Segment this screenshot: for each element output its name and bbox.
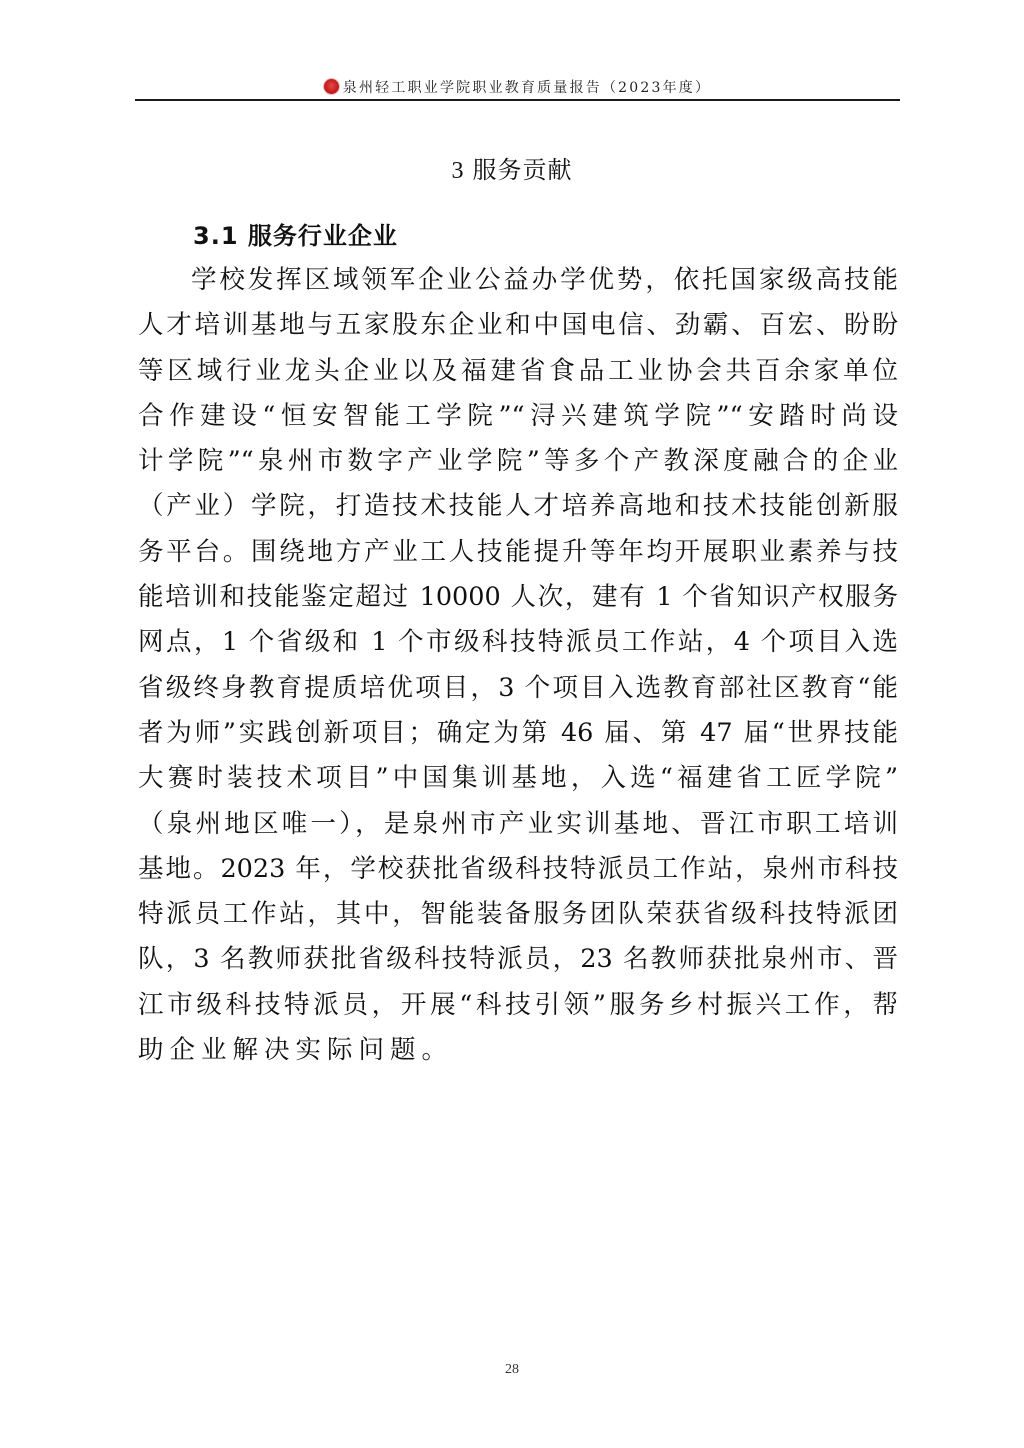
paragraph-line: 队，3 名教师获批省级科技特派员，23 名教师获批泉州市、晋 (138, 937, 898, 982)
paragraph-line: 网点，1 个省级和 1 个市级科技特派员工作站，4 个项目入选 (138, 620, 898, 665)
page-header: 泉州轻工职业学院职业教育质量报告（2023年度） (135, 74, 900, 100)
line-text: 江市级科技特派员，开展“科技引领”服务乡村振兴工作，帮 (138, 983, 898, 1028)
line-text: 学校发挥区域领军企业公益办学优势，依托国家级高技能 (191, 258, 898, 303)
line-text: （产业）学院，打造技术技能人才培养高地和技术技能创新服 (138, 484, 898, 529)
line-text: 能培训和技能鉴定超过 10000 人次，建有 1 个省知识产权服务 (138, 575, 898, 620)
line-text: 合作建设“恒安智能工学院”“浔兴建筑学院”“安踏时尚设 (138, 394, 898, 439)
paragraph-line: 江市级科技特派员，开展“科技引领”服务乡村振兴工作，帮 (138, 983, 898, 1028)
paragraph-line: 基地。2023 年，学校获批省级科技特派员工作站，泉州市科技 (138, 847, 898, 892)
paragraph-line: 合作建设“恒安智能工学院”“浔兴建筑学院”“安踏时尚设 (138, 394, 898, 439)
paragraph-line: 务平台。围绕地方产业工人技能提升等年均开展职业素养与技 (138, 530, 898, 575)
line-text: 特派员工作站，其中，智能装备服务团队荣获省级科技特派团 (138, 892, 898, 937)
paragraph-line: 学校发挥区域领军企业公益办学优势，依托国家级高技能 (138, 258, 898, 303)
body-paragraph: 学校发挥区域领军企业公益办学优势，依托国家级高技能 人才培训基地与五家股东企业和… (138, 258, 898, 1073)
line-text: 计学院”“泉州市数字产业学院”等多个产教深度融合的企业 (138, 439, 898, 484)
paragraph-line: 省级终身教育提质培优项目，3 个项目入选教育部社区教育“能 (138, 666, 898, 711)
paragraph-line: 大赛时装技术项目”中国集训基地，入选“福建省工匠学院” (138, 756, 898, 801)
header-title: 泉州轻工职业学院职业教育质量报告（2023年度） (343, 77, 711, 97)
chapter-title: 3服务贡献 (0, 150, 1024, 185)
chapter-title-text: 服务贡献 (473, 156, 573, 184)
school-emblem-icon (324, 79, 339, 94)
line-text: 等区域行业龙头企业以及福建省食品工业协会共百余家单位 (138, 349, 898, 394)
line-text: 省级终身教育提质培优项目，3 个项目入选教育部社区教育“能 (138, 666, 898, 711)
line-text: 基地。2023 年，学校获批省级科技特派员工作站，泉州市科技 (138, 847, 898, 892)
paragraph-line: 特派员工作站，其中，智能装备服务团队荣获省级科技特派团 (138, 892, 898, 937)
line-text: 人才培训基地与五家股东企业和中国电信、劲霸、百宏、盼盼 (138, 303, 898, 348)
paragraph-line: （泉州地区唯一），是泉州市产业实训基地、晋江市职工培训 (138, 802, 898, 847)
chapter-number: 3 (452, 158, 465, 184)
line-text: 者为师”实践创新项目；确定为第 46 届、第 47 届“世界技能 (138, 711, 898, 756)
paragraph-line: 人才培训基地与五家股东企业和中国电信、劲霸、百宏、盼盼 (138, 303, 898, 348)
paragraph-line: 计学院”“泉州市数字产业学院”等多个产教深度融合的企业 (138, 439, 898, 484)
page-number: 28 (0, 1362, 1024, 1378)
line-text: （泉州地区唯一），是泉州市产业实训基地、晋江市职工培训 (138, 802, 898, 847)
line-text: 务平台。围绕地方产业工人技能提升等年均开展职业素养与技 (138, 530, 898, 575)
paragraph-line: 等区域行业龙头企业以及福建省食品工业协会共百余家单位 (138, 349, 898, 394)
paragraph-line: 能培训和技能鉴定超过 10000 人次，建有 1 个省知识产权服务 (138, 575, 898, 620)
header-divider (135, 99, 900, 101)
line-text: 队，3 名教师获批省级科技特派员，23 名教师获批泉州市、晋 (138, 937, 898, 982)
line-text: 助企业解决实际问题。 (138, 1028, 898, 1073)
section-title: 3.1 服务行业企业 (193, 216, 398, 251)
paragraph-line: 者为师”实践创新项目；确定为第 46 届、第 47 届“世界技能 (138, 711, 898, 756)
line-text: 网点，1 个省级和 1 个市级科技特派员工作站，4 个项目入选 (138, 620, 898, 665)
paragraph-line: 助企业解决实际问题。 (138, 1028, 898, 1073)
paragraph-line: （产业）学院，打造技术技能人才培养高地和技术技能创新服 (138, 484, 898, 529)
line-text: 大赛时装技术项目”中国集训基地，入选“福建省工匠学院” (138, 756, 898, 801)
